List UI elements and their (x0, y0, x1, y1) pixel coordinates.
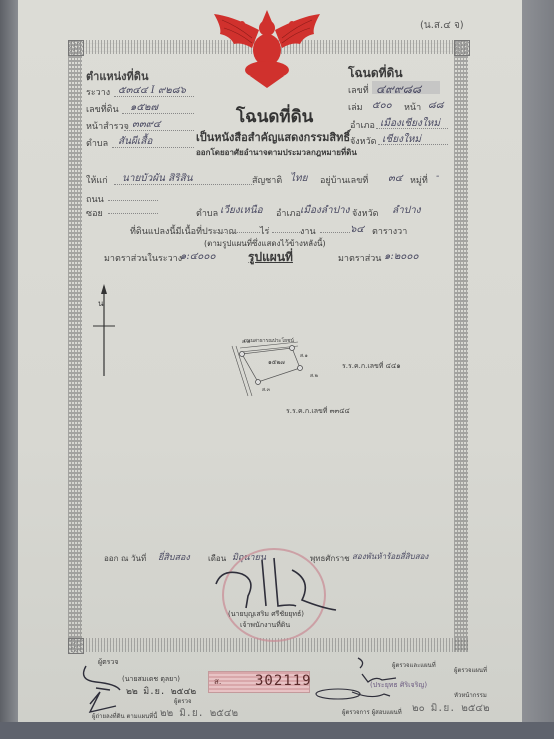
north-arrow-icon (92, 284, 116, 378)
border-corner-ornament (68, 638, 84, 654)
field-underline (272, 232, 302, 233)
footer-left-bottom-date: ๒๒ มิ.ย. ๒๕๔๒ (160, 706, 238, 721)
official-signature (212, 550, 342, 616)
border-corner-ornament (68, 40, 84, 56)
province-label: จังหวัด (352, 206, 379, 220)
map-marker-label: ส.๒ (310, 372, 318, 380)
deed-label-number: เลขที่ (348, 83, 369, 97)
footer-left-signature (76, 660, 136, 716)
province-value: ลำปาง (392, 203, 421, 218)
footer-right-name: (ประยุทธ ศิริเจริญ) (370, 680, 427, 691)
parcel-map-diagram (228, 336, 318, 406)
background-right-edge (522, 0, 554, 739)
field-underline (122, 113, 194, 114)
deed-value-volume: ๕๐๐ (372, 98, 392, 113)
house-number-label: อยู่บ้านเลขที่ (320, 173, 368, 187)
footer-right-date: ๒๐ มิ.ย. ๒๕๔๒ (412, 701, 490, 716)
moo-value: - (436, 171, 439, 182)
map-marker-label: ส.๔ (242, 338, 250, 346)
owner-grant-label: ให้แก่ (86, 173, 108, 187)
field-underline (114, 184, 254, 185)
deed-value-page: ๘๘ (428, 98, 443, 113)
scale-value: ๑:๒๐๐๐ (384, 249, 419, 264)
issued-date-label: ออก ณ วันที่ (104, 552, 146, 565)
diagram-heading: รูปแผนที่ (248, 248, 293, 267)
footer-right-label1: ผู้ตรวจและแผนที่ (392, 660, 436, 670)
area-label: ที่ดินแปลงนี้มีเนื้อที่ประมาณ (130, 224, 237, 238)
soi-label: ซอย (86, 206, 103, 220)
field-underline (210, 232, 260, 233)
decorative-border-left (68, 40, 82, 652)
field-label-tambon: ตำบล (86, 136, 108, 150)
background-bottom-edge (0, 722, 554, 739)
map-parcel-label: ๑๕๒๗ (268, 357, 285, 367)
field-underline (108, 213, 158, 214)
official-name: (นายบุญเสริม ศรีชัยยุทธ์) (228, 609, 304, 620)
field-underline (124, 130, 194, 131)
deed-title: โฉนดที่ดิน (236, 103, 313, 130)
ngan-label: งาน (300, 224, 316, 238)
border-corner-ornament (454, 40, 470, 56)
background-left-edge (0, 0, 18, 739)
rai-label: ไร่ (260, 224, 269, 238)
map-marker-label: ส.๑ (300, 352, 308, 360)
footer-right-bottom-label: ผู้ตรวจการ ผู้สอบแผนที่ (342, 707, 402, 717)
map-marker-label: ส.๓ (262, 386, 270, 394)
deed-subtitle: เป็นหนังสือสำคัญแสดงกรรมสิทธิ์ (196, 128, 350, 146)
road-label: ถนน (86, 192, 104, 206)
map-scale-label: มาตราส่วนในระวาง (104, 251, 182, 265)
nationality-value: ไทย (290, 171, 307, 186)
field-label-land-number: เลขที่ดิน (86, 102, 119, 116)
official-title: เจ้าพนักงานที่ดิน (240, 620, 290, 631)
serial-number: 302119 (255, 673, 312, 689)
field-underline (112, 147, 194, 148)
nationality-label: สัญชาติ (252, 173, 282, 187)
serial-prefix: ส. (214, 675, 221, 688)
deed-label-amphoe: อำเภอ (350, 118, 375, 132)
field-underline (376, 128, 448, 129)
amphoe-value: เมืองลำปาง (300, 203, 350, 218)
house-number-value: ๓๔ (388, 171, 402, 186)
decorative-border-right (454, 40, 468, 652)
map-scale-value: ๑:๔๐๐๐ (180, 249, 216, 264)
field-underline (108, 200, 158, 201)
garuda-emblem-icon (212, 8, 322, 90)
deed-value-number: ๔๙๙๘๘ (376, 80, 421, 99)
field-underline (378, 144, 448, 145)
scale-label: มาตราส่วน (338, 251, 381, 265)
north-label: น (98, 297, 103, 310)
footer-left-title2: ผู้ตรวจ (174, 696, 192, 706)
deed-label-page: หน้า (404, 100, 421, 114)
deed-label-volume: เล่ม (348, 100, 363, 114)
map-road-label: ถนนสาธารณประโยชน์ (244, 337, 294, 345)
issued-day: ยี่สิบสอง (158, 550, 190, 564)
form-number: (น.ส.๔ จ) (420, 18, 464, 33)
wah-label: ตารางวา (372, 224, 407, 238)
moo-label: หมู่ที่ (410, 173, 428, 187)
field-label-rawang: ระวาง (86, 85, 110, 99)
adjacent-parcel-south: ร.ร.ค.ก.เลขที่ ๓๓๔๔ (286, 406, 350, 417)
field-underline (114, 96, 194, 97)
field-underline (320, 232, 350, 233)
deed-label-province: จังหวัด (350, 134, 377, 148)
issued-year: สองพันห้าร้อยสี่สิบสอง (352, 550, 428, 563)
footer-right-label2: ผู้ตรวจแผนที่ (454, 665, 487, 675)
deed-subtitle-authority: ออกโดยอาศัยอำนาจตามประมวลกฎหมายที่ดิน (196, 146, 357, 159)
wah-value: ๖๔ (350, 222, 364, 237)
footer-right-title: หัวหน้ากรรม (454, 690, 487, 700)
field-label-survey-page: หน้าสำรวจ (86, 119, 129, 133)
tambon-label: ตำบล (196, 206, 218, 220)
adjacent-parcel-east: ร.ร.ค.ก.เลขที่ ๔๔๑ (342, 361, 401, 372)
amphoe-label: อำเภอ (276, 206, 301, 220)
tambon-value: เวียงเหนือ (220, 203, 263, 218)
